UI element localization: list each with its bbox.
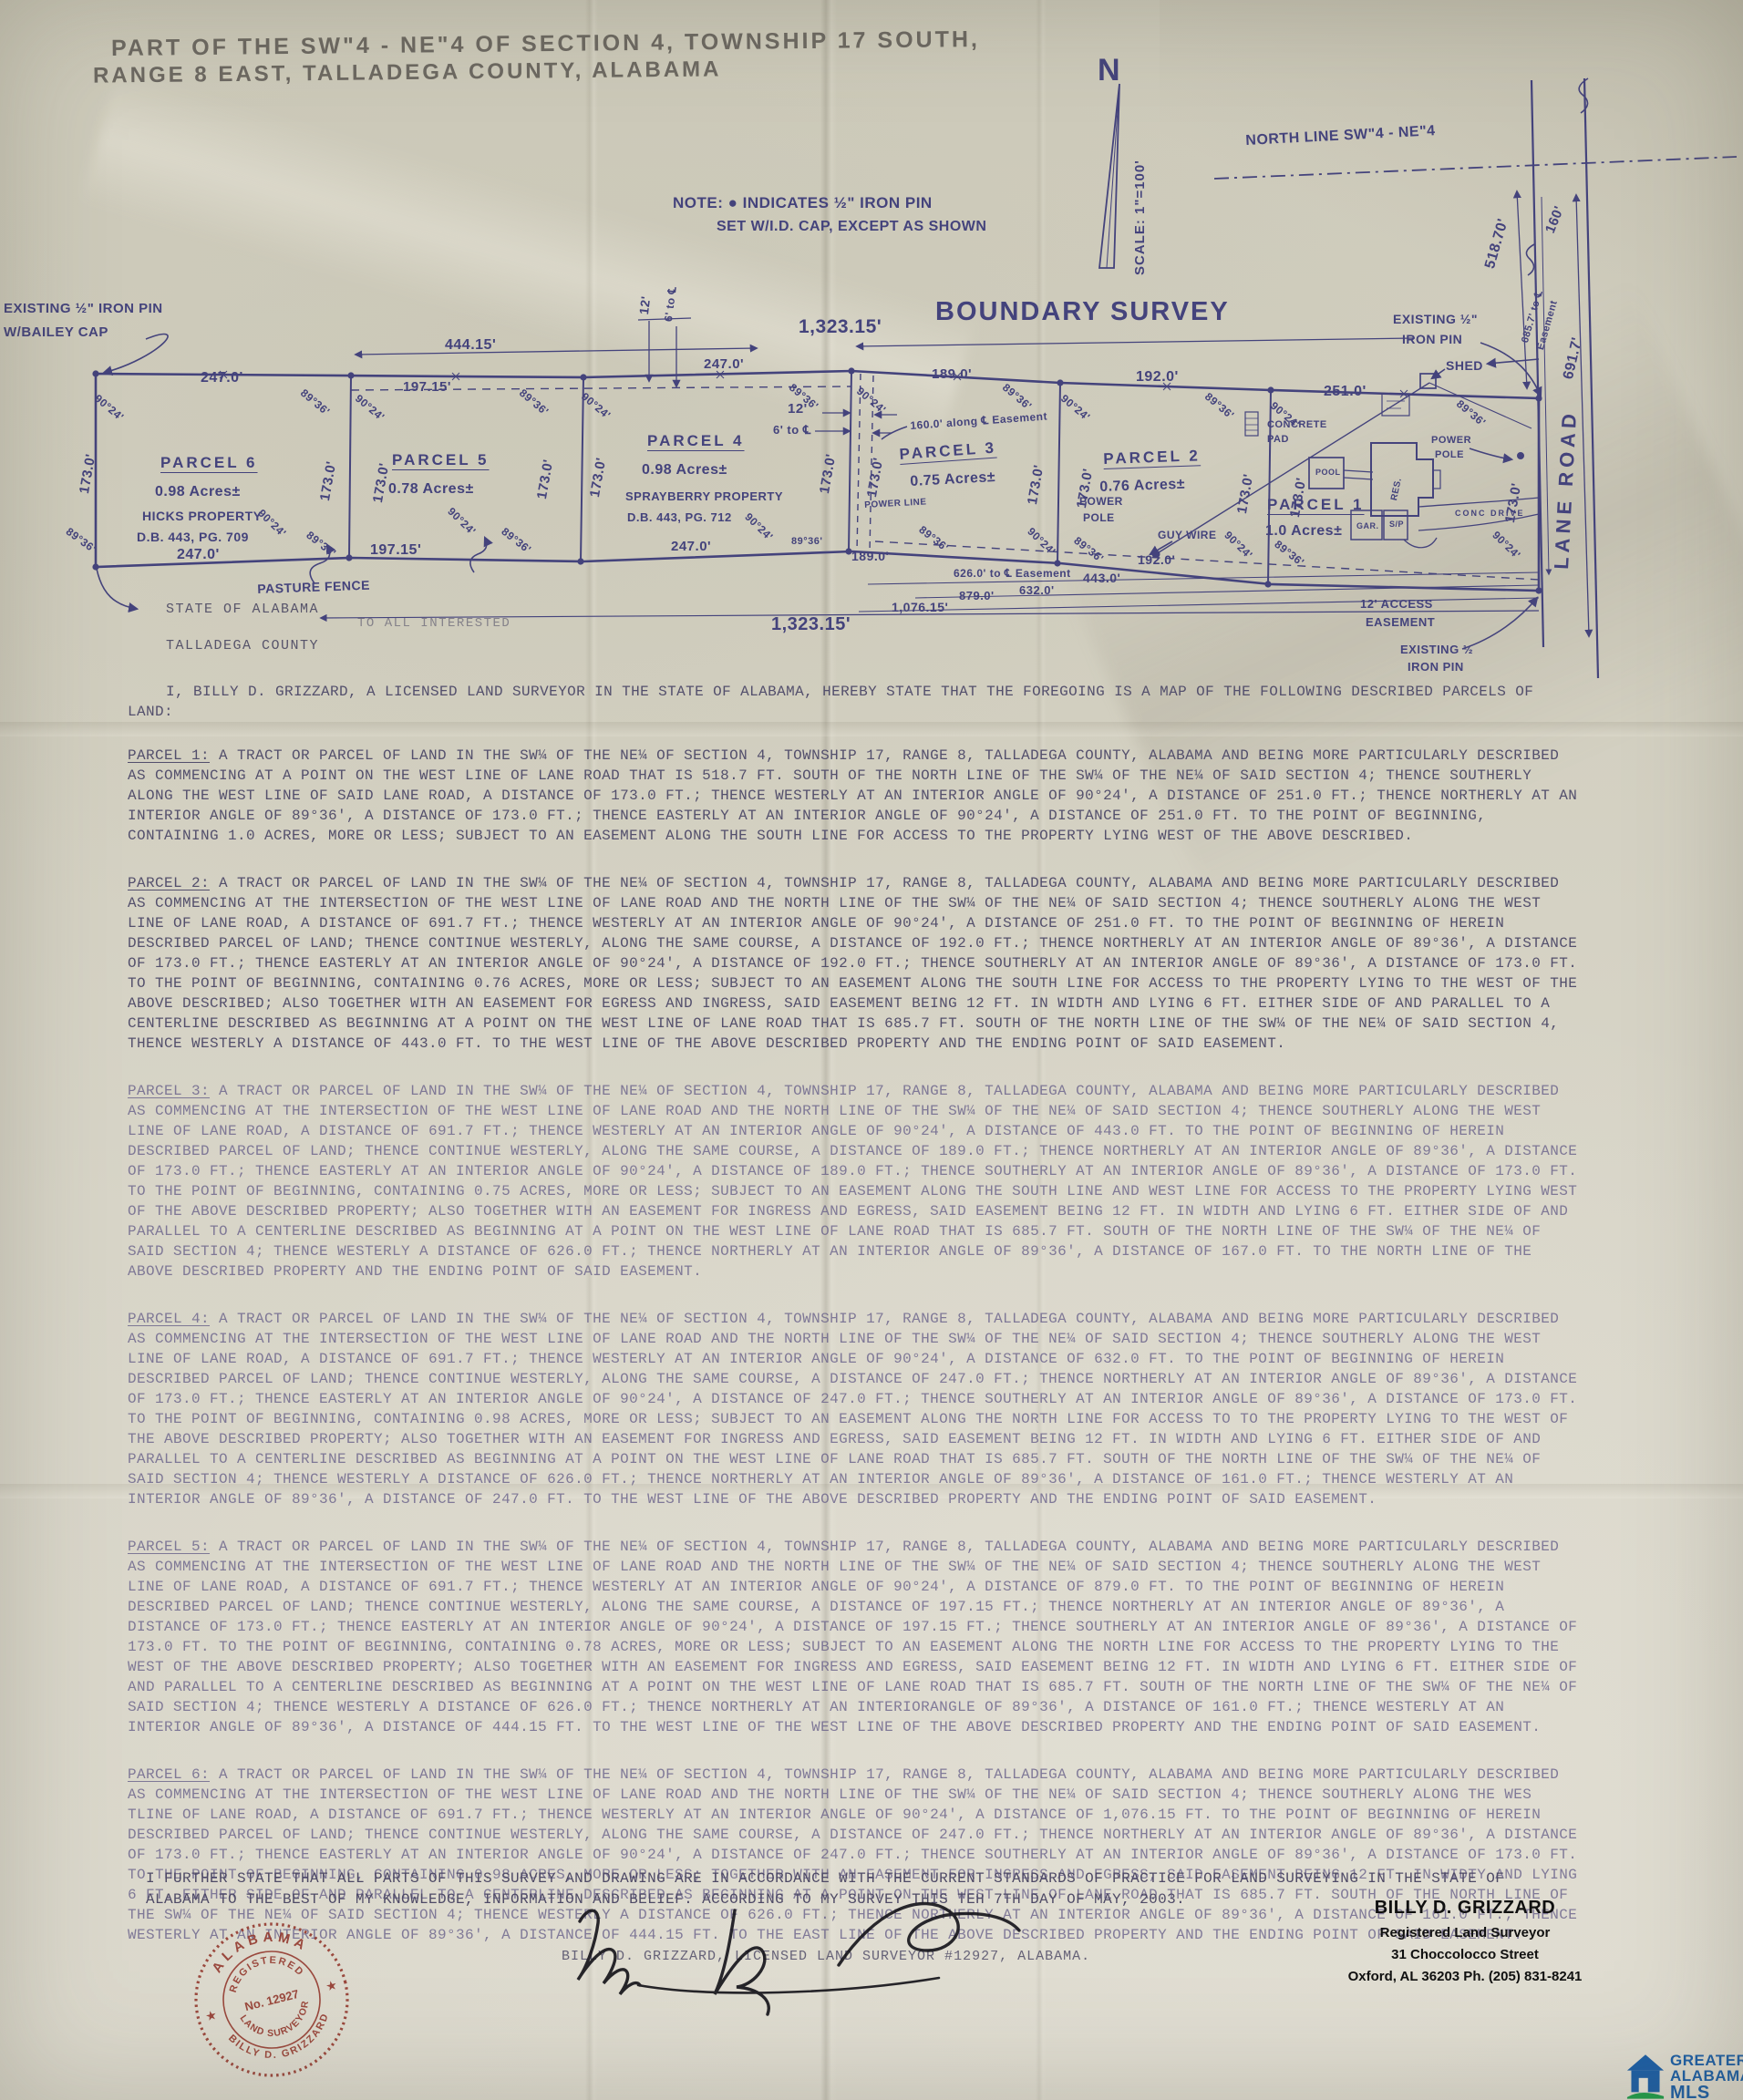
scanned-survey-photo: { "page": { "title_line1": "PART OF THE … [0, 0, 1743, 2100]
north-letter: N [1098, 53, 1120, 88]
talladega-county: TALLADEGA COUNTY [166, 638, 319, 654]
dim-p5-top: 197.15' [403, 379, 451, 395]
power-pole-p1-label-2: POLE [1435, 449, 1464, 460]
dim-p3-bot: 189.0' [851, 549, 889, 563]
concrete-pad-label-2: PAD [1267, 434, 1289, 445]
surveyor-street: 31 Choccolocco Street [1333, 1944, 1597, 1966]
mls-text-line3: MLS [1670, 2084, 1743, 2100]
surveyor-name: BILLY D. GRIZZARD [1333, 1898, 1597, 1919]
scale-label: SCALE: 1"=100' [1132, 160, 1148, 275]
access-easement-1: 12' ACCESS [1360, 597, 1433, 611]
parcel5-title: PARCEL 5 [392, 451, 490, 469]
note-line-2: SET W/I.D. CAP, EXCEPT AS SHOWN [717, 219, 986, 235]
dim-p3-top: 189.0' [932, 366, 972, 382]
dim-p6-top: 247.0' [201, 370, 243, 386]
state-of-alabama: STATE OF ALABAMA [166, 602, 319, 617]
parcel-heading: PARCEL 1: [128, 747, 210, 764]
parcel-heading: PARCEL 5: [128, 1539, 210, 1555]
legal-description: I, BILLY D. GRIZZARD, A LICENSED LAND SU… [128, 682, 1579, 1972]
mls-text-line1: GREATER [1670, 2053, 1743, 2068]
stamp-star-left: ★ [205, 2008, 218, 2023]
parcel-description: PARCEL 4: A TRACT OR PARCEL OF LAND IN T… [128, 1309, 1579, 1509]
surveyor-city-phone: Oxford, AL 36203 Ph. (205) 831-8241 [1333, 1966, 1597, 1988]
dim-879: 879.0' [959, 589, 995, 602]
stamp-star-right: ★ [325, 1979, 338, 1993]
power-pole-p2-label-2: POLE [1083, 511, 1115, 524]
dim-444-15: 444.15' [445, 337, 496, 354]
existing-pin-ne-1: EXISTING ½" [1393, 312, 1478, 326]
dim-p5-bot: 197.15' [370, 542, 421, 559]
dim-632: 632.0' [1019, 583, 1055, 597]
mls-logo: GREATER ALABAMA MLS [1626, 2053, 1743, 2100]
parcel-heading: PARCEL 3: [128, 1083, 210, 1099]
guy-wire-label: GUY WIRE [1158, 529, 1216, 541]
dim-p6-bot: 247.0' [177, 547, 220, 563]
to-all-interested: TO ALL INTERESTED [357, 616, 511, 631]
power-pole-p1-label-1: POWER [1431, 435, 1471, 446]
dim-p2-top: 192.0' [1136, 369, 1179, 386]
parcel-description: PARCEL 3: A TRACT OR PARCEL OF LAND IN T… [128, 1081, 1579, 1282]
parcel2-title: PARCEL 2 [1103, 447, 1201, 468]
parcel1-acres: 1.0 Acres± [1265, 523, 1342, 540]
existing-pin-se-1: EXISTING ½ [1400, 643, 1473, 656]
parcel6-deed: D.B. 443, PG. 709 [137, 530, 249, 544]
mls-logo-text: GREATER ALABAMA MLS [1670, 2053, 1743, 2100]
dim-p4-bot: 247.0' [671, 539, 711, 554]
parcel6-owner: HICKS PROPERTY [142, 509, 262, 523]
existing-pin-nw-1: EXISTING ½" IRON PIN [4, 301, 163, 316]
parcel-heading: PARCEL 6: [128, 1766, 210, 1783]
existing-pin-se-2: IRON PIN [1408, 660, 1464, 674]
ease-12-top: 12' [636, 295, 653, 315]
parcel-description: PARCEL 5: A TRACT OR PARCEL OF LAND IN T… [128, 1537, 1579, 1737]
dim-p2-bot: 192.0' [1138, 552, 1175, 567]
mls-text-line2: ALABAMA [1670, 2068, 1743, 2084]
parcel2-acres: 0.76 Acres± [1099, 477, 1185, 496]
dim-p1-top: 251.0' [1324, 384, 1367, 400]
parcel6-title: PARCEL 6 [160, 454, 258, 472]
existing-pin-nw-2: W/BAILEY CAP [4, 324, 108, 340]
access-easement-2: EASEMENT [1366, 615, 1435, 629]
parcel5-acres: 0.78 Acres± [388, 481, 474, 498]
mls-house-icon [1626, 2053, 1665, 2100]
surveyor-address-block: BILLY D. GRIZZARD Registered Land Survey… [1333, 1898, 1597, 1988]
parcel6-acres: 0.98 Acres± [155, 484, 241, 500]
parcel-description: PARCEL 1: A TRACT OR PARCEL OF LAND IN T… [128, 746, 1579, 846]
dim-1323-top: 1,323.15' [799, 316, 882, 338]
surveyor-title: Registered Land Surveyor [1333, 1922, 1597, 1944]
certification-intro: I, BILLY D. GRIZZARD, A LICENSED LAND SU… [128, 682, 1579, 722]
existing-pin-ne-2: IRON PIN [1402, 332, 1462, 346]
dim-443: 443.0' [1083, 571, 1120, 585]
dim-1323-bot: 1,323.15' [771, 614, 851, 635]
signature-ink [547, 1883, 1112, 2038]
parcel4-deed: D.B. 443, PG. 712 [627, 510, 732, 524]
parcel-description: PARCEL 2: A TRACT OR PARCEL OF LAND IN T… [128, 873, 1579, 1054]
ease-6-p3: 6' to ℄ [773, 423, 811, 437]
parcel-heading: PARCEL 4: [128, 1311, 210, 1327]
parcel4-title: PARCEL 4 [647, 432, 745, 450]
pool-label: POOL [1315, 468, 1341, 477]
parcel4-owner: SPRAYBERRY PROPERTY [625, 489, 783, 503]
stamp-number: No. 12927 [243, 1987, 301, 2013]
dim-626: 626.0' to ℄ Easement [954, 567, 1071, 580]
parcel-descriptions: PARCEL 1: A TRACT OR PARCEL OF LAND IN T… [128, 746, 1579, 1945]
parcel1-title: PARCEL 1 [1267, 496, 1365, 514]
survey-title: BOUNDARY SURVEY [935, 297, 1230, 327]
sp-label: S/P [1389, 520, 1404, 529]
note-line-1: NOTE: ● INDICATES ½" IRON PIN [673, 194, 933, 212]
dim-p4-top: 247.0' [704, 356, 744, 372]
surveyor-signature [547, 1883, 1112, 2038]
dim-1076: 1,076.15' [892, 600, 948, 614]
shed-label: SHED [1446, 358, 1483, 373]
angle-label: 89°36' [791, 536, 823, 547]
parcel4-acres: 0.98 Acres± [642, 462, 727, 479]
gar-label: GAR. [1356, 521, 1379, 530]
parcel-heading: PARCEL 2: [128, 875, 210, 891]
